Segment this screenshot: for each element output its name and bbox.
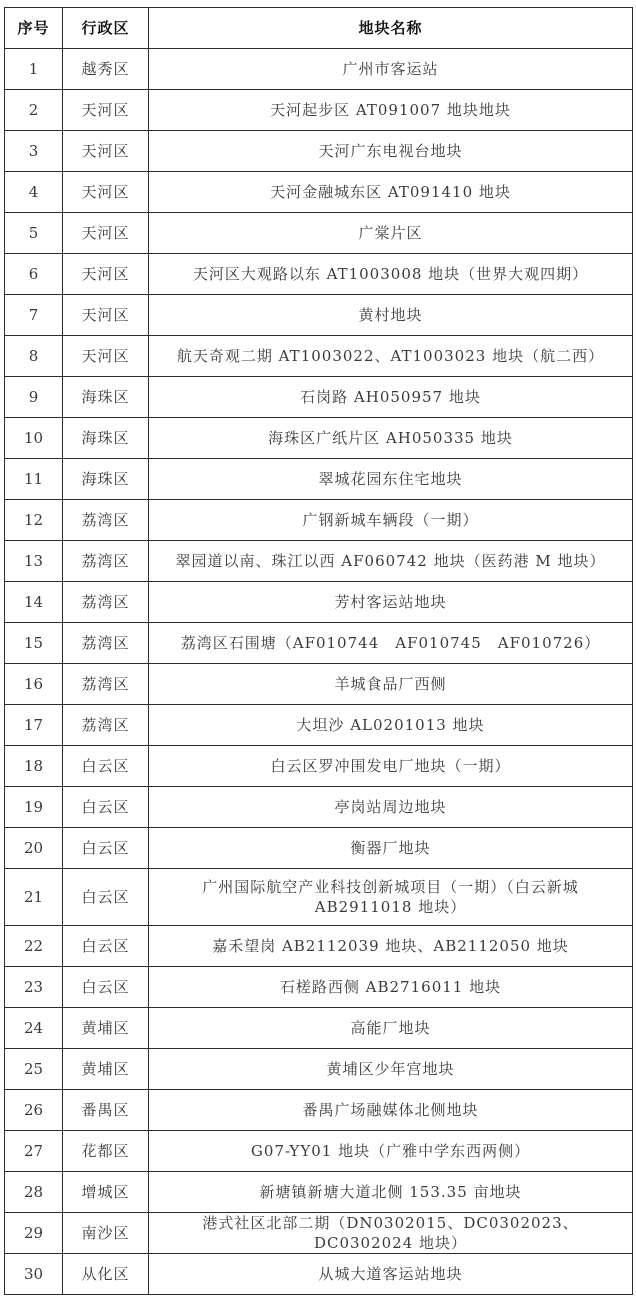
row-parcel-name: 嘉禾望岗 AB2112039 地块、AB2112050 地块: [149, 926, 633, 967]
table-row: 9海珠区石岗路 AH050957 地块: [5, 377, 633, 418]
row-parcel-name: 黄埔区少年宫地块: [149, 1049, 633, 1090]
row-parcel-name: 航天奇观二期 AT1003022、AT1003023 地块（航二西）: [149, 336, 633, 377]
row-district: 南沙区: [63, 1213, 149, 1254]
row-district: 荔湾区: [63, 705, 149, 746]
row-index: 11: [5, 459, 63, 500]
row-index: 16: [5, 664, 63, 705]
table-row: 27花都区G07-YY01 地块（广雅中学东西两侧）: [5, 1131, 633, 1172]
row-district: 荔湾区: [63, 500, 149, 541]
row-parcel-name: 大坦沙 AL0201013 地块: [149, 705, 633, 746]
row-parcel-name: 广棠片区: [149, 213, 633, 254]
row-parcel-name: 石槎路西侧 AB2716011 地块: [149, 967, 633, 1008]
row-district: 天河区: [63, 295, 149, 336]
table-row: 28增城区新塘镇新塘大道北侧 153.35 亩地块: [5, 1172, 633, 1213]
table-row: 19白云区亭岗站周边地块: [5, 787, 633, 828]
land-parcel-table-container: 序号 行政区 地块名称 1越秀区广州市客运站2天河区天河起步区 AT091007…: [4, 7, 632, 1295]
row-index: 25: [5, 1049, 63, 1090]
table-body: 1越秀区广州市客运站2天河区天河起步区 AT091007 地块地块3天河区天河广…: [5, 49, 633, 1295]
row-parcel-name: 海珠区广纸片区 AH050335 地块: [149, 418, 633, 459]
row-district: 荔湾区: [63, 664, 149, 705]
row-district: 荔湾区: [63, 623, 149, 664]
row-parcel-name: 翠城花园东住宅地块: [149, 459, 633, 500]
row-parcel-name: 衡器厂地块: [149, 828, 633, 869]
row-index: 27: [5, 1131, 63, 1172]
row-district: 越秀区: [63, 49, 149, 90]
row-district: 白云区: [63, 746, 149, 787]
table-row: 21白云区广州国际航空产业科技创新城项目（一期）（白云新城 AB2911018 …: [5, 869, 633, 926]
table-row: 5天河区广棠片区: [5, 213, 633, 254]
row-index: 1: [5, 49, 63, 90]
table-row: 8天河区航天奇观二期 AT1003022、AT1003023 地块（航二西）: [5, 336, 633, 377]
row-parcel-name: 港式社区北部二期（DN0302015、DC0302023、DC0302024 地…: [149, 1213, 633, 1254]
row-district: 从化区: [63, 1254, 149, 1295]
row-index: 28: [5, 1172, 63, 1213]
row-district: 天河区: [63, 172, 149, 213]
header-index: 序号: [5, 8, 63, 49]
row-index: 15: [5, 623, 63, 664]
table-header-row: 序号 行政区 地块名称: [5, 8, 633, 49]
row-parcel-name: 白云区罗冲围发电厂地块（一期）: [149, 746, 633, 787]
row-index: 10: [5, 418, 63, 459]
table-row: 16荔湾区羊城食品厂西侧: [5, 664, 633, 705]
row-index: 5: [5, 213, 63, 254]
table-row: 13荔湾区翠园道以南、珠江以西 AF060742 地块（医药港 M 地块）: [5, 541, 633, 582]
table-row: 10海珠区海珠区广纸片区 AH050335 地块: [5, 418, 633, 459]
table-row: 24黄埔区高能厂地块: [5, 1008, 633, 1049]
row-district: 黄埔区: [63, 1049, 149, 1090]
table-row: 14荔湾区芳村客运站地块: [5, 582, 633, 623]
row-district: 白云区: [63, 828, 149, 869]
row-district: 黄埔区: [63, 1008, 149, 1049]
table-row: 6天河区天河区大观路以东 AT1003008 地块（世界大观四期）: [5, 254, 633, 295]
row-district: 天河区: [63, 213, 149, 254]
row-parcel-name: 广钢新城车辆段（一期）: [149, 500, 633, 541]
table-row: 7天河区黄村地块: [5, 295, 633, 336]
row-index: 30: [5, 1254, 63, 1295]
table-row: 20白云区衡器厂地块: [5, 828, 633, 869]
row-index: 3: [5, 131, 63, 172]
row-parcel-name: 广州国际航空产业科技创新城项目（一期）（白云新城 AB2911018 地块）: [149, 869, 633, 926]
row-district: 白云区: [63, 967, 149, 1008]
row-parcel-name: 荔湾区石围塘（AF010744 AF010745 AF010726）: [149, 623, 633, 664]
row-parcel-name: 羊城食品厂西侧: [149, 664, 633, 705]
row-district: 海珠区: [63, 459, 149, 500]
table-row: 15荔湾区荔湾区石围塘（AF010744 AF010745 AF010726）: [5, 623, 633, 664]
row-index: 20: [5, 828, 63, 869]
row-index: 14: [5, 582, 63, 623]
row-index: 19: [5, 787, 63, 828]
table-row: 2天河区天河起步区 AT091007 地块地块: [5, 90, 633, 131]
table-row: 1越秀区广州市客运站: [5, 49, 633, 90]
row-index: 18: [5, 746, 63, 787]
row-district: 海珠区: [63, 418, 149, 459]
row-index: 22: [5, 926, 63, 967]
row-parcel-name: 新塘镇新塘大道北侧 153.35 亩地块: [149, 1172, 633, 1213]
row-parcel-name: 从城大道客运站地块: [149, 1254, 633, 1295]
table-row: 4天河区天河金融城东区 AT091410 地块: [5, 172, 633, 213]
row-district: 天河区: [63, 131, 149, 172]
row-parcel-name: 石岗路 AH050957 地块: [149, 377, 633, 418]
row-district: 天河区: [63, 254, 149, 295]
row-district: 天河区: [63, 336, 149, 377]
row-district: 番禺区: [63, 1090, 149, 1131]
row-district: 白云区: [63, 869, 149, 926]
row-index: 13: [5, 541, 63, 582]
row-district: 白云区: [63, 787, 149, 828]
row-parcel-name: G07-YY01 地块（广雅中学东西两侧）: [149, 1131, 633, 1172]
row-district: 荔湾区: [63, 541, 149, 582]
row-index: 12: [5, 500, 63, 541]
row-index: 26: [5, 1090, 63, 1131]
table-row: 12荔湾区广钢新城车辆段（一期）: [5, 500, 633, 541]
row-parcel-name: 芳村客运站地块: [149, 582, 633, 623]
table-row: 17荔湾区大坦沙 AL0201013 地块: [5, 705, 633, 746]
row-index: 24: [5, 1008, 63, 1049]
table-row: 11海珠区翠城花园东住宅地块: [5, 459, 633, 500]
row-index: 8: [5, 336, 63, 377]
row-index: 2: [5, 90, 63, 131]
row-index: 4: [5, 172, 63, 213]
table-row: 25黄埔区黄埔区少年宫地块: [5, 1049, 633, 1090]
row-parcel-name: 翠园道以南、珠江以西 AF060742 地块（医药港 M 地块）: [149, 541, 633, 582]
row-district: 海珠区: [63, 377, 149, 418]
row-index: 7: [5, 295, 63, 336]
row-index: 17: [5, 705, 63, 746]
row-index: 29: [5, 1213, 63, 1254]
row-parcel-name: 天河广东电视台地块: [149, 131, 633, 172]
row-district: 天河区: [63, 90, 149, 131]
row-index: 21: [5, 869, 63, 926]
table-row: 23白云区石槎路西侧 AB2716011 地块: [5, 967, 633, 1008]
row-index: 6: [5, 254, 63, 295]
header-district: 行政区: [63, 8, 149, 49]
land-parcel-table: 序号 行政区 地块名称 1越秀区广州市客运站2天河区天河起步区 AT091007…: [4, 7, 633, 1295]
table-row: 29南沙区港式社区北部二期（DN0302015、DC0302023、DC0302…: [5, 1213, 633, 1254]
table-row: 26番禺区番禺广场融媒体北侧地块: [5, 1090, 633, 1131]
row-district: 增城区: [63, 1172, 149, 1213]
row-parcel-name: 天河区大观路以东 AT1003008 地块（世界大观四期）: [149, 254, 633, 295]
row-parcel-name: 亭岗站周边地块: [149, 787, 633, 828]
table-row: 18白云区白云区罗冲围发电厂地块（一期）: [5, 746, 633, 787]
table-row: 30从化区从城大道客运站地块: [5, 1254, 633, 1295]
row-parcel-name: 广州市客运站: [149, 49, 633, 90]
row-district: 白云区: [63, 926, 149, 967]
row-parcel-name: 天河金融城东区 AT091410 地块: [149, 172, 633, 213]
table-row: 3天河区天河广东电视台地块: [5, 131, 633, 172]
row-district: 荔湾区: [63, 582, 149, 623]
row-index: 23: [5, 967, 63, 1008]
row-district: 花都区: [63, 1131, 149, 1172]
row-parcel-name: 番禺广场融媒体北侧地块: [149, 1090, 633, 1131]
row-parcel-name: 高能厂地块: [149, 1008, 633, 1049]
row-parcel-name: 黄村地块: [149, 295, 633, 336]
row-index: 9: [5, 377, 63, 418]
row-parcel-name: 天河起步区 AT091007 地块地块: [149, 90, 633, 131]
table-row: 22白云区嘉禾望岗 AB2112039 地块、AB2112050 地块: [5, 926, 633, 967]
header-parcel-name: 地块名称: [149, 8, 633, 49]
